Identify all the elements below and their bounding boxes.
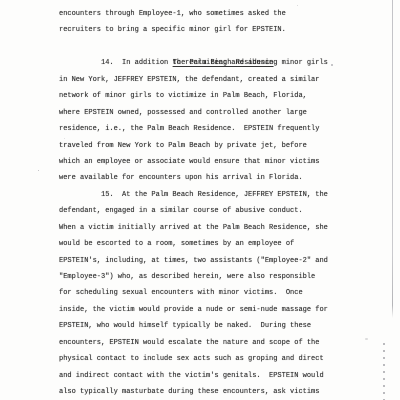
- text-line: 14. In addition to recruiting and abusin…: [59, 55, 362, 71]
- text-line: in New York, JEFFREY EPSTEIN, the defend…: [59, 72, 362, 88]
- text-line: 15. At the Palm Beach Residence, JEFFREY…: [59, 187, 362, 203]
- scan-speckle: [38, 170, 39, 171]
- scan-speckle: [365, 338, 368, 340]
- section-heading: The Palm Beach Residence: [59, 39, 362, 55]
- text-line: were available for encounters upon his a…: [59, 170, 362, 186]
- text-line: also typically masturbate during these e…: [59, 384, 362, 400]
- text-line: traveled from New York to Palm Beach by …: [59, 138, 362, 154]
- text-line: When a victim initially arrived at the P…: [59, 220, 362, 236]
- text-line: inside, the victim would provide a nude …: [59, 302, 362, 318]
- text-line: "Employee-3") who, as described herein, …: [59, 269, 362, 285]
- text-line: physical contact to include sex acts suc…: [59, 351, 362, 367]
- text-line: recruiters to bring a specific minor gir…: [59, 22, 362, 38]
- text-line: EPSTEIN, who would himself typically be …: [59, 318, 362, 334]
- text-line: residence, i.e., the Palm Beach Residenc…: [59, 121, 362, 137]
- text-line: network of minor girls to victimize in P…: [59, 88, 362, 104]
- text-line: encounters through Employee-1, who somet…: [59, 6, 362, 22]
- text-line: EPSTEIN's, including, at times, two assi…: [59, 253, 362, 269]
- text-line: defendant, engaged in a similar course o…: [59, 203, 362, 219]
- text-line: would be escorted to a room, sometimes b…: [59, 236, 362, 252]
- scan-edge-line: [392, 0, 393, 318]
- text-line: encounters, EPSTEIN would escalate the n…: [59, 335, 362, 351]
- text-line: and indirect contact with the victim's g…: [59, 368, 362, 384]
- document-page: encounters through Employee-1, who somet…: [0, 0, 400, 400]
- paragraph-continuation: encounters through Employee-1, who somet…: [59, 6, 362, 39]
- document-text: encounters through Employee-1, who somet…: [59, 6, 362, 400]
- text-line: which an employee or associate would ens…: [59, 154, 362, 170]
- paragraph-15: 15. At the Palm Beach Residence, JEFFREY…: [59, 187, 362, 400]
- paragraph-14: 14. In addition to recruiting and abusin…: [59, 55, 362, 187]
- text-line: for scheduling sexual encounters with mi…: [59, 285, 362, 301]
- scan-perforation-dots: [383, 343, 385, 400]
- text-line: where EPSTEIN owned, possessed and contr…: [59, 105, 362, 121]
